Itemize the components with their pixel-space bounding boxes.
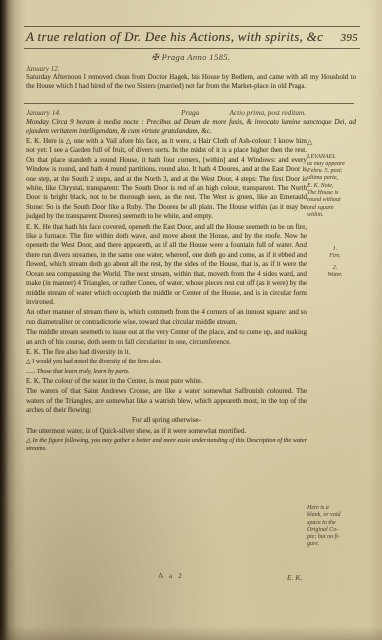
delta-symbol: △ xyxy=(307,138,367,146)
running-title: A true relation of Dr. Dee his Actions, … xyxy=(26,29,323,45)
margin-note-blank-space: Here is a blank, or void space in the Or… xyxy=(307,505,367,549)
header-rule-top xyxy=(24,26,360,27)
paragraph-vision-house: E. K. Here is △ one with a Vail afore hi… xyxy=(26,137,307,222)
paragraph-uttermost-water: The uttermost water, is of Quick-silver … xyxy=(26,427,307,436)
margin-note-fire: 1. Fire. xyxy=(312,246,358,261)
margin-note-levanael: △ LEVANAEL as may appeare Febru. 5. post… xyxy=(307,131,367,219)
paragraph-learn-by-parts: ...... Those that learn truly, learn by … xyxy=(26,368,307,376)
paragraph-middle-stream: The middle stream seemeth to issue out a… xyxy=(26,328,307,347)
entry-jan12-date: January 12. xyxy=(26,65,59,73)
paragraph-figure-following: △ In the figure following, you may gathe… xyxy=(26,437,307,453)
header-rule-bottom xyxy=(24,48,360,49)
book-page: A true relation of Dr. Dee his Actions, … xyxy=(0,0,382,640)
main-text-column: E. K. Here is △ one with a Vail afore hi… xyxy=(26,137,307,455)
paragraph-spring-otherwise: For all spring otherwise- xyxy=(26,416,307,425)
entry-jan14-place: Praga xyxy=(181,108,199,117)
dateline-praga-anno: ✠ Praga Anno 1585. xyxy=(0,52,382,63)
entry-jan12-text: Saturday Afternoon I removed clean from … xyxy=(26,73,356,92)
paragraph-water-colour: E. K. The colour of the water in the Cen… xyxy=(26,377,307,386)
margin-note-water: 2. Water. xyxy=(312,265,358,280)
paragraph-fire-water: E. K. He that hath his face covered, ope… xyxy=(26,223,307,308)
page-number: 395 xyxy=(341,32,358,44)
entry-jan14-heading: January 14. Praga Actio prima, post redi… xyxy=(26,108,352,117)
catchword: E. K. xyxy=(287,573,302,582)
paragraph-fire-diversity: E. K. The fire also had diversity in it. xyxy=(26,348,307,357)
paragraph-waters-crosse: The waters of that Saint Andrews Crosse,… xyxy=(26,387,307,415)
entry-jan14-date: January 14. xyxy=(26,108,61,117)
running-title-row: A true relation of Dr. Dee his Actions, … xyxy=(26,29,358,45)
entry-jan14-action-title: Actio prima, post reditum. xyxy=(229,108,306,117)
paragraph-delta-remark: △ I would you had noted the diversity of… xyxy=(26,358,307,366)
margin-note-levanael-text: LEVANAEL as may appeare Febru. 5. post; … xyxy=(307,154,345,218)
paragraph-other-stream: An other manner of stream there is, whic… xyxy=(26,308,307,327)
signature-mark: A a 2 xyxy=(158,571,184,580)
section-divider-rule xyxy=(24,103,354,104)
